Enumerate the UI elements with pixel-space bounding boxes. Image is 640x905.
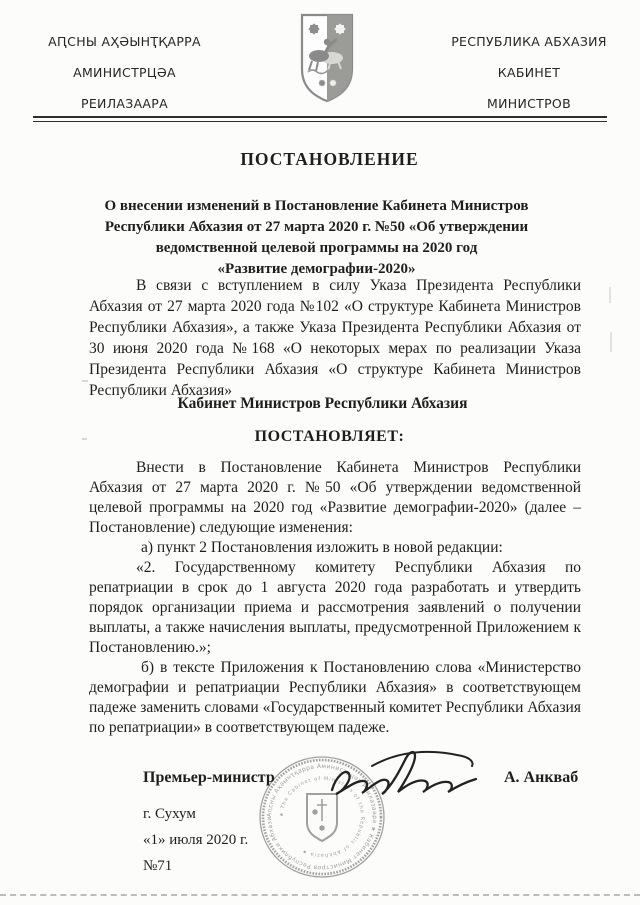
subtitle-line: О внесении изменений в Постановление Каб… <box>64 196 569 217</box>
org-name-abkhaz: АԤСНЫ АҲӘЫНҬҚАРРА АМИНИСТРЦӘА РЕИЛАЗААРА <box>22 26 227 119</box>
signature-autograph <box>322 746 487 813</box>
document-subtitle: О внесении изменений в Постановление Каб… <box>64 196 569 280</box>
scan-speck <box>609 287 611 303</box>
amendment-intro-paragraph: Внести в Постановление Кабинета Министро… <box>89 458 581 538</box>
org-name-russian-line: МИНИСТРОВ <box>436 88 622 119</box>
premier-name: А. Анкваб <box>504 769 578 787</box>
subtitle-line: ведомственной целевой программы на 2020 … <box>64 238 569 259</box>
issue-date: «1» июля 2020 г. <box>143 832 248 849</box>
item-a-lead: а) пункт 2 Постановления изложить в ново… <box>89 538 581 558</box>
org-name-russian: РЕСПУБЛИКА АБХАЗИЯ КАБИНЕТ МИНИСТРОВ <box>436 26 622 119</box>
intro-paragraph: В связи с вступлением в силу Указа Прези… <box>89 275 581 401</box>
authority-line: Кабинет Министров Республики Абхазия <box>70 395 575 413</box>
scan-speck <box>82 438 87 440</box>
item-b-text: б) в тексте Приложения к Постановлению с… <box>89 658 581 738</box>
scan-speck <box>610 332 612 352</box>
issue-number: №71 <box>143 858 172 875</box>
coat-of-arms-icon <box>300 13 354 108</box>
subtitle-line: Республики Абхазия от 27 марта 2020 г. №… <box>64 217 569 238</box>
issue-city: г. Сухум <box>143 806 196 823</box>
amendments-section: Внести в Постановление Кабинета Министро… <box>89 458 581 738</box>
letterhead-divider <box>33 116 607 122</box>
item-a-text: «2. Государственному комитету Республики… <box>89 558 581 658</box>
org-name-abkhaz-line: АԤСНЫ АҲӘЫНҬҚАРРА <box>22 26 227 57</box>
document-title: ПОСТАНОВЛЕНИЕ <box>77 149 582 170</box>
decree-document-page: АԤСНЫ АҲӘЫНҬҚАРРА АМИНИСТРЦӘА РЕИЛАЗААРА <box>0 0 640 905</box>
scan-edge-artifact <box>0 894 640 896</box>
org-name-abkhaz-line: РЕИЛАЗААРА <box>22 88 227 119</box>
org-name-abkhaz-line: АМИНИСТРЦӘА <box>22 57 227 88</box>
org-name-russian-line: КАБИНЕТ <box>436 57 622 88</box>
premier-title: Премьер-министр <box>143 769 275 787</box>
scan-speck <box>82 380 88 382</box>
resolves-heading: ПОСТАНОВЛЯЕТ: <box>77 428 582 446</box>
org-name-russian-line: РЕСПУБЛИКА АБХАЗИЯ <box>436 26 622 57</box>
